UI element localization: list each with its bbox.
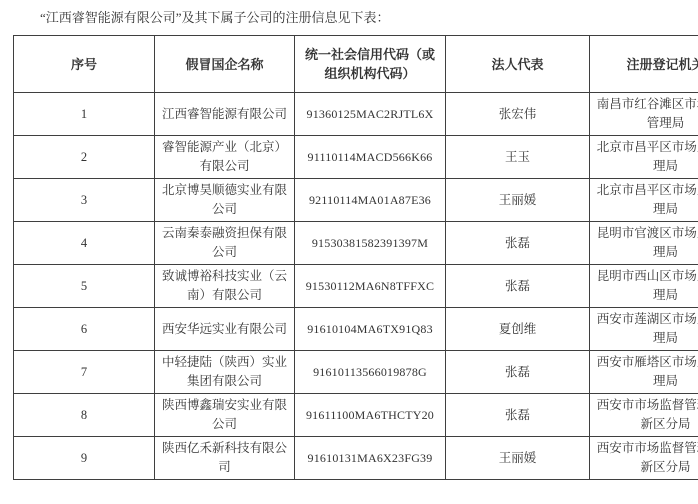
cell-company-name: 中轻捷陆（陕西）实业集团有限公司 [155, 351, 295, 394]
cell-serial-number: 1 [14, 93, 155, 136]
cell-serial-number: 4 [14, 222, 155, 265]
cell-registration-authority: 西安市莲湖区市场监督管理局 [590, 308, 698, 351]
cell-legal-representative: 王丽媛 [446, 179, 590, 222]
cell-legal-representative: 夏创维 [446, 308, 590, 351]
cell-credit-code: 91530112MA6N8TFFXC [295, 265, 446, 308]
cell-company-name: 睿智能源产业（北京）有限公司 [155, 136, 295, 179]
cell-credit-code: 91610113566019878G [295, 351, 446, 394]
table-body: 1 江西睿智能源有限公司 91360125MAC2RJTL6X 张宏伟 南昌市红… [14, 93, 698, 480]
cell-credit-code: 91611100MA6THCTY20 [295, 394, 446, 437]
header-row: 序号 假冒国企名称 统一社会信用代码（或组织机构代码） 法人代表 注册登记机关 [14, 36, 698, 93]
table-row: 7 中轻捷陆（陕西）实业集团有限公司 91610113566019878G 张磊… [14, 351, 698, 394]
cell-credit-code: 91530381582391397M [295, 222, 446, 265]
cell-serial-number: 3 [14, 179, 155, 222]
header-fake-soe-name: 假冒国企名称 [155, 36, 295, 93]
cell-company-name: 陕西博鑫瑞安实业有限公司 [155, 394, 295, 437]
header-serial-number: 序号 [14, 36, 155, 93]
cell-legal-representative: 王丽媛 [446, 437, 590, 480]
table-row: 2 睿智能源产业（北京）有限公司 91110114MACD566K66 王玉 北… [14, 136, 698, 179]
cell-registration-authority: 南昌市红谷滩区市场监督管理局 [590, 93, 698, 136]
cell-credit-code: 92110114MA01A87E36 [295, 179, 446, 222]
cell-legal-representative: 张磊 [446, 394, 590, 437]
cell-legal-representative: 张磊 [446, 222, 590, 265]
cell-serial-number: 2 [14, 136, 155, 179]
cell-registration-authority: 西安市雁塔区市场监督管理局 [590, 351, 698, 394]
cell-company-name: 致诚博裕科技实业（云南）有限公司 [155, 265, 295, 308]
cell-serial-number: 7 [14, 351, 155, 394]
table-row: 9 陕西亿禾新科技有限公司 91610131MA6X23FG39 王丽媛 西安市… [14, 437, 698, 480]
cell-company-name: 北京博昊顺德实业有限公司 [155, 179, 295, 222]
table-row: 8 陕西博鑫瑞安实业有限公司 91611100MA6THCTY20 张磊 西安市… [14, 394, 698, 437]
cell-company-name: 陕西亿禾新科技有限公司 [155, 437, 295, 480]
cell-registration-authority: 西安市市场监督管理局高新区分局 [590, 394, 698, 437]
table-header: 序号 假冒国企名称 统一社会信用代码（或组织机构代码） 法人代表 注册登记机关 [14, 36, 698, 93]
table-row: 5 致诚博裕科技实业（云南）有限公司 91530112MA6N8TFFXC 张磊… [14, 265, 698, 308]
cell-credit-code: 91610104MA6TX91Q83 [295, 308, 446, 351]
cell-credit-code: 91360125MAC2RJTL6X [295, 93, 446, 136]
cell-legal-representative: 张宏伟 [446, 93, 590, 136]
table-row: 3 北京博昊顺德实业有限公司 92110114MA01A87E36 王丽媛 北京… [14, 179, 698, 222]
table-row: 6 西安华远实业有限公司 91610104MA6TX91Q83 夏创维 西安市莲… [14, 308, 698, 351]
cell-registration-authority: 昆明市西山区市场监督管理局 [590, 265, 698, 308]
cell-credit-code: 91610131MA6X23FG39 [295, 437, 446, 480]
table-row: 1 江西睿智能源有限公司 91360125MAC2RJTL6X 张宏伟 南昌市红… [14, 93, 698, 136]
cell-serial-number: 8 [14, 394, 155, 437]
cell-credit-code: 91110114MACD566K66 [295, 136, 446, 179]
cell-legal-representative: 王玉 [446, 136, 590, 179]
intro-text: “江西睿智能源有限公司”及其下属子公司的注册信息见下表： [0, 0, 698, 35]
registration-table: 序号 假冒国企名称 统一社会信用代码（或组织机构代码） 法人代表 注册登记机关 … [13, 35, 698, 480]
cell-legal-representative: 张磊 [446, 351, 590, 394]
cell-registration-authority: 西安市市场监督管理局高新区分局 [590, 437, 698, 480]
cell-company-name: 云南秦泰融资担保有限公司 [155, 222, 295, 265]
cell-serial-number: 6 [14, 308, 155, 351]
cell-registration-authority: 北京市昌平区市场监督管理局 [590, 136, 698, 179]
cell-legal-representative: 张磊 [446, 265, 590, 308]
cell-registration-authority: 昆明市官渡区市场监督管理局 [590, 222, 698, 265]
cell-serial-number: 9 [14, 437, 155, 480]
table-row: 4 云南秦泰融资担保有限公司 91530381582391397M 张磊 昆明市… [14, 222, 698, 265]
cell-registration-authority: 北京市昌平区市场监督管理局 [590, 179, 698, 222]
cell-serial-number: 5 [14, 265, 155, 308]
document-page: “江西睿智能源有限公司”及其下属子公司的注册信息见下表： 序号 假冒国企名称 统… [0, 0, 698, 480]
cell-company-name: 西安华远实业有限公司 [155, 308, 295, 351]
header-registration-authority: 注册登记机关 [590, 36, 698, 93]
cell-company-name: 江西睿智能源有限公司 [155, 93, 295, 136]
header-legal-representative: 法人代表 [446, 36, 590, 93]
header-credit-code: 统一社会信用代码（或组织机构代码） [295, 36, 446, 93]
